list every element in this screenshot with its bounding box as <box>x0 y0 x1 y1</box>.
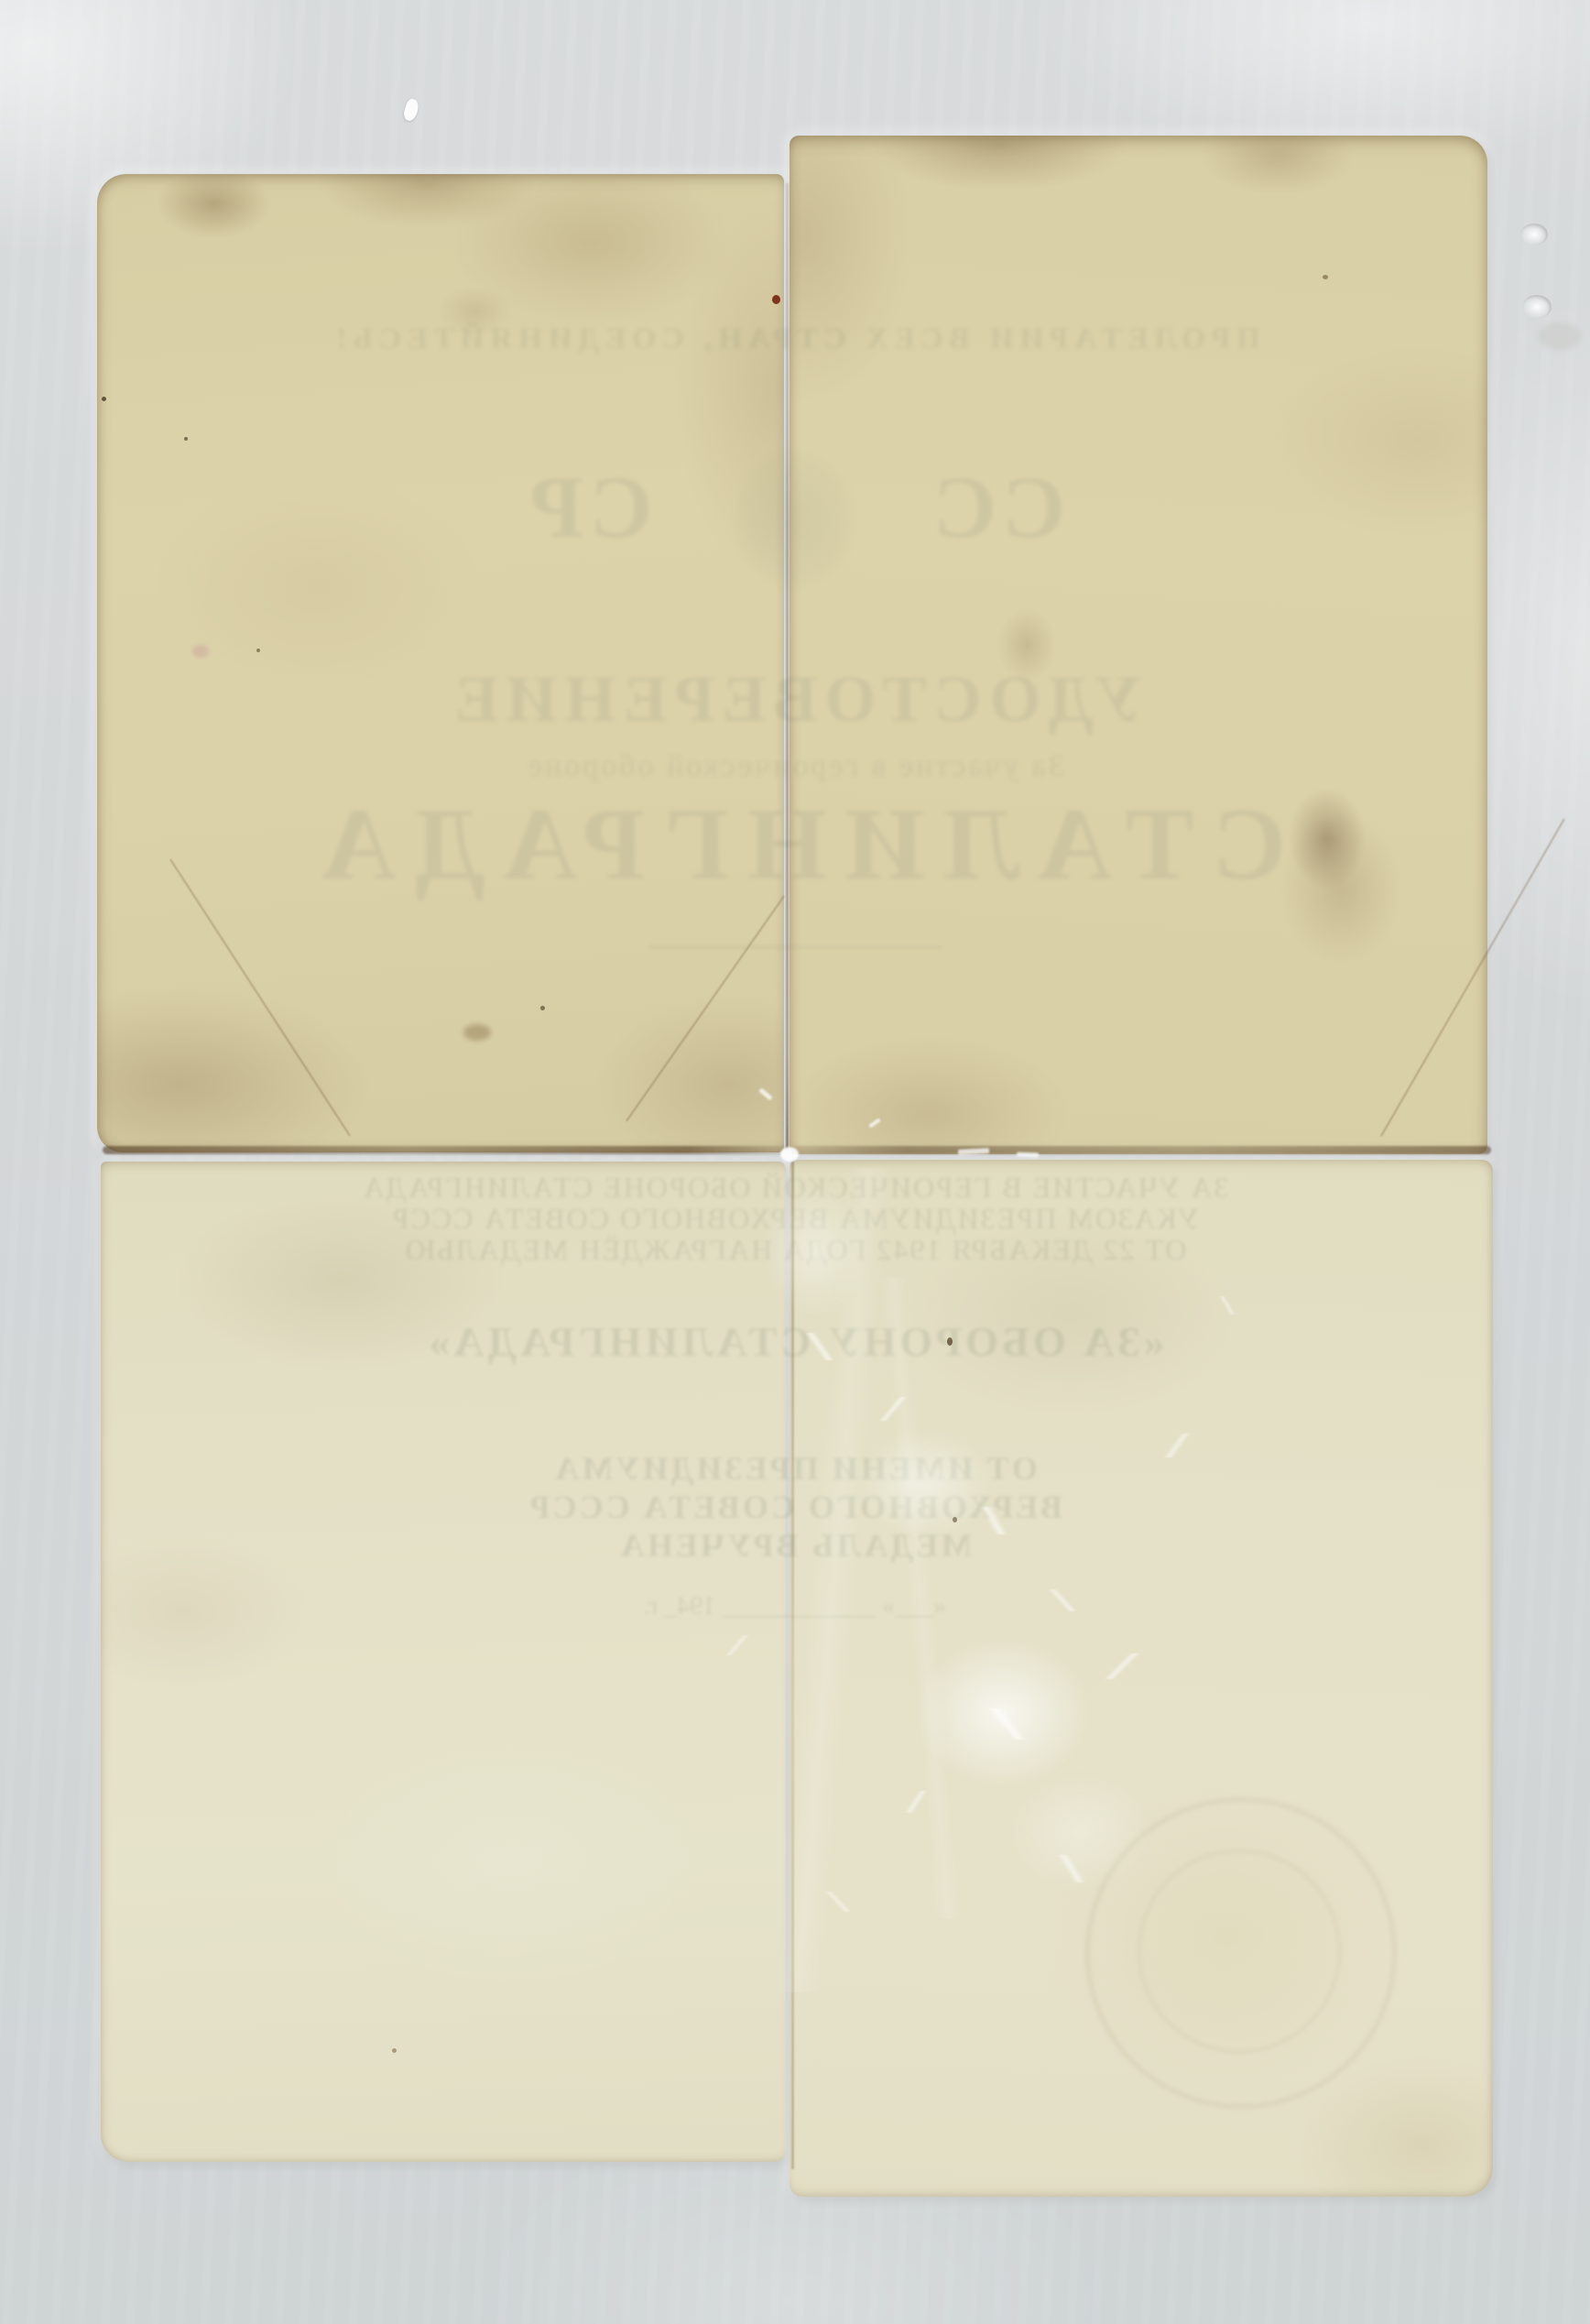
brown-smudge <box>463 1024 491 1041</box>
dark-speck <box>392 2048 397 2053</box>
dark-speck <box>184 437 188 441</box>
ghost-line-ussr: СССР <box>0 456 1590 558</box>
ghost-underline <box>648 945 942 949</box>
paint-chip <box>402 97 421 122</box>
ghost-line-title: УДОСТОВЕРЕНИЕ <box>0 661 1590 737</box>
ghost-ussr-right: СР <box>525 458 653 556</box>
pink-smudge <box>192 645 209 658</box>
paper-quadrant-top-right <box>790 136 1487 1154</box>
dark-speck <box>256 649 260 652</box>
gloss-scratches-overlay <box>385 1159 1282 2011</box>
dark-speck <box>102 397 106 401</box>
glossy-paint-drip <box>1522 295 1552 319</box>
dark-speck <box>540 1006 545 1010</box>
dark-speck <box>1323 275 1328 279</box>
ghost-line-header: ПРОЛЕТАРИИ ВСЕХ СТРАН, СОЕДИНЯЙТЕСЬ! <box>0 322 1590 356</box>
glossy-paint-drip <box>1520 224 1548 245</box>
rust-speck <box>772 295 780 304</box>
ghost-ussr-left: СС <box>928 458 1066 556</box>
background-smudge <box>1539 322 1581 350</box>
photo-canvas: { "scene": { "background_color": "#d5d8d… <box>0 0 1590 2324</box>
ghost-line-city: СТАЛИНГРАДА <box>0 786 1590 904</box>
fold-junction-glint <box>780 1147 799 1162</box>
ghost-line-subtitle: За участие в героической обороне <box>0 749 1590 784</box>
vertical-fold-crease-top <box>786 183 789 1150</box>
crease-glint <box>1017 1152 1039 1158</box>
